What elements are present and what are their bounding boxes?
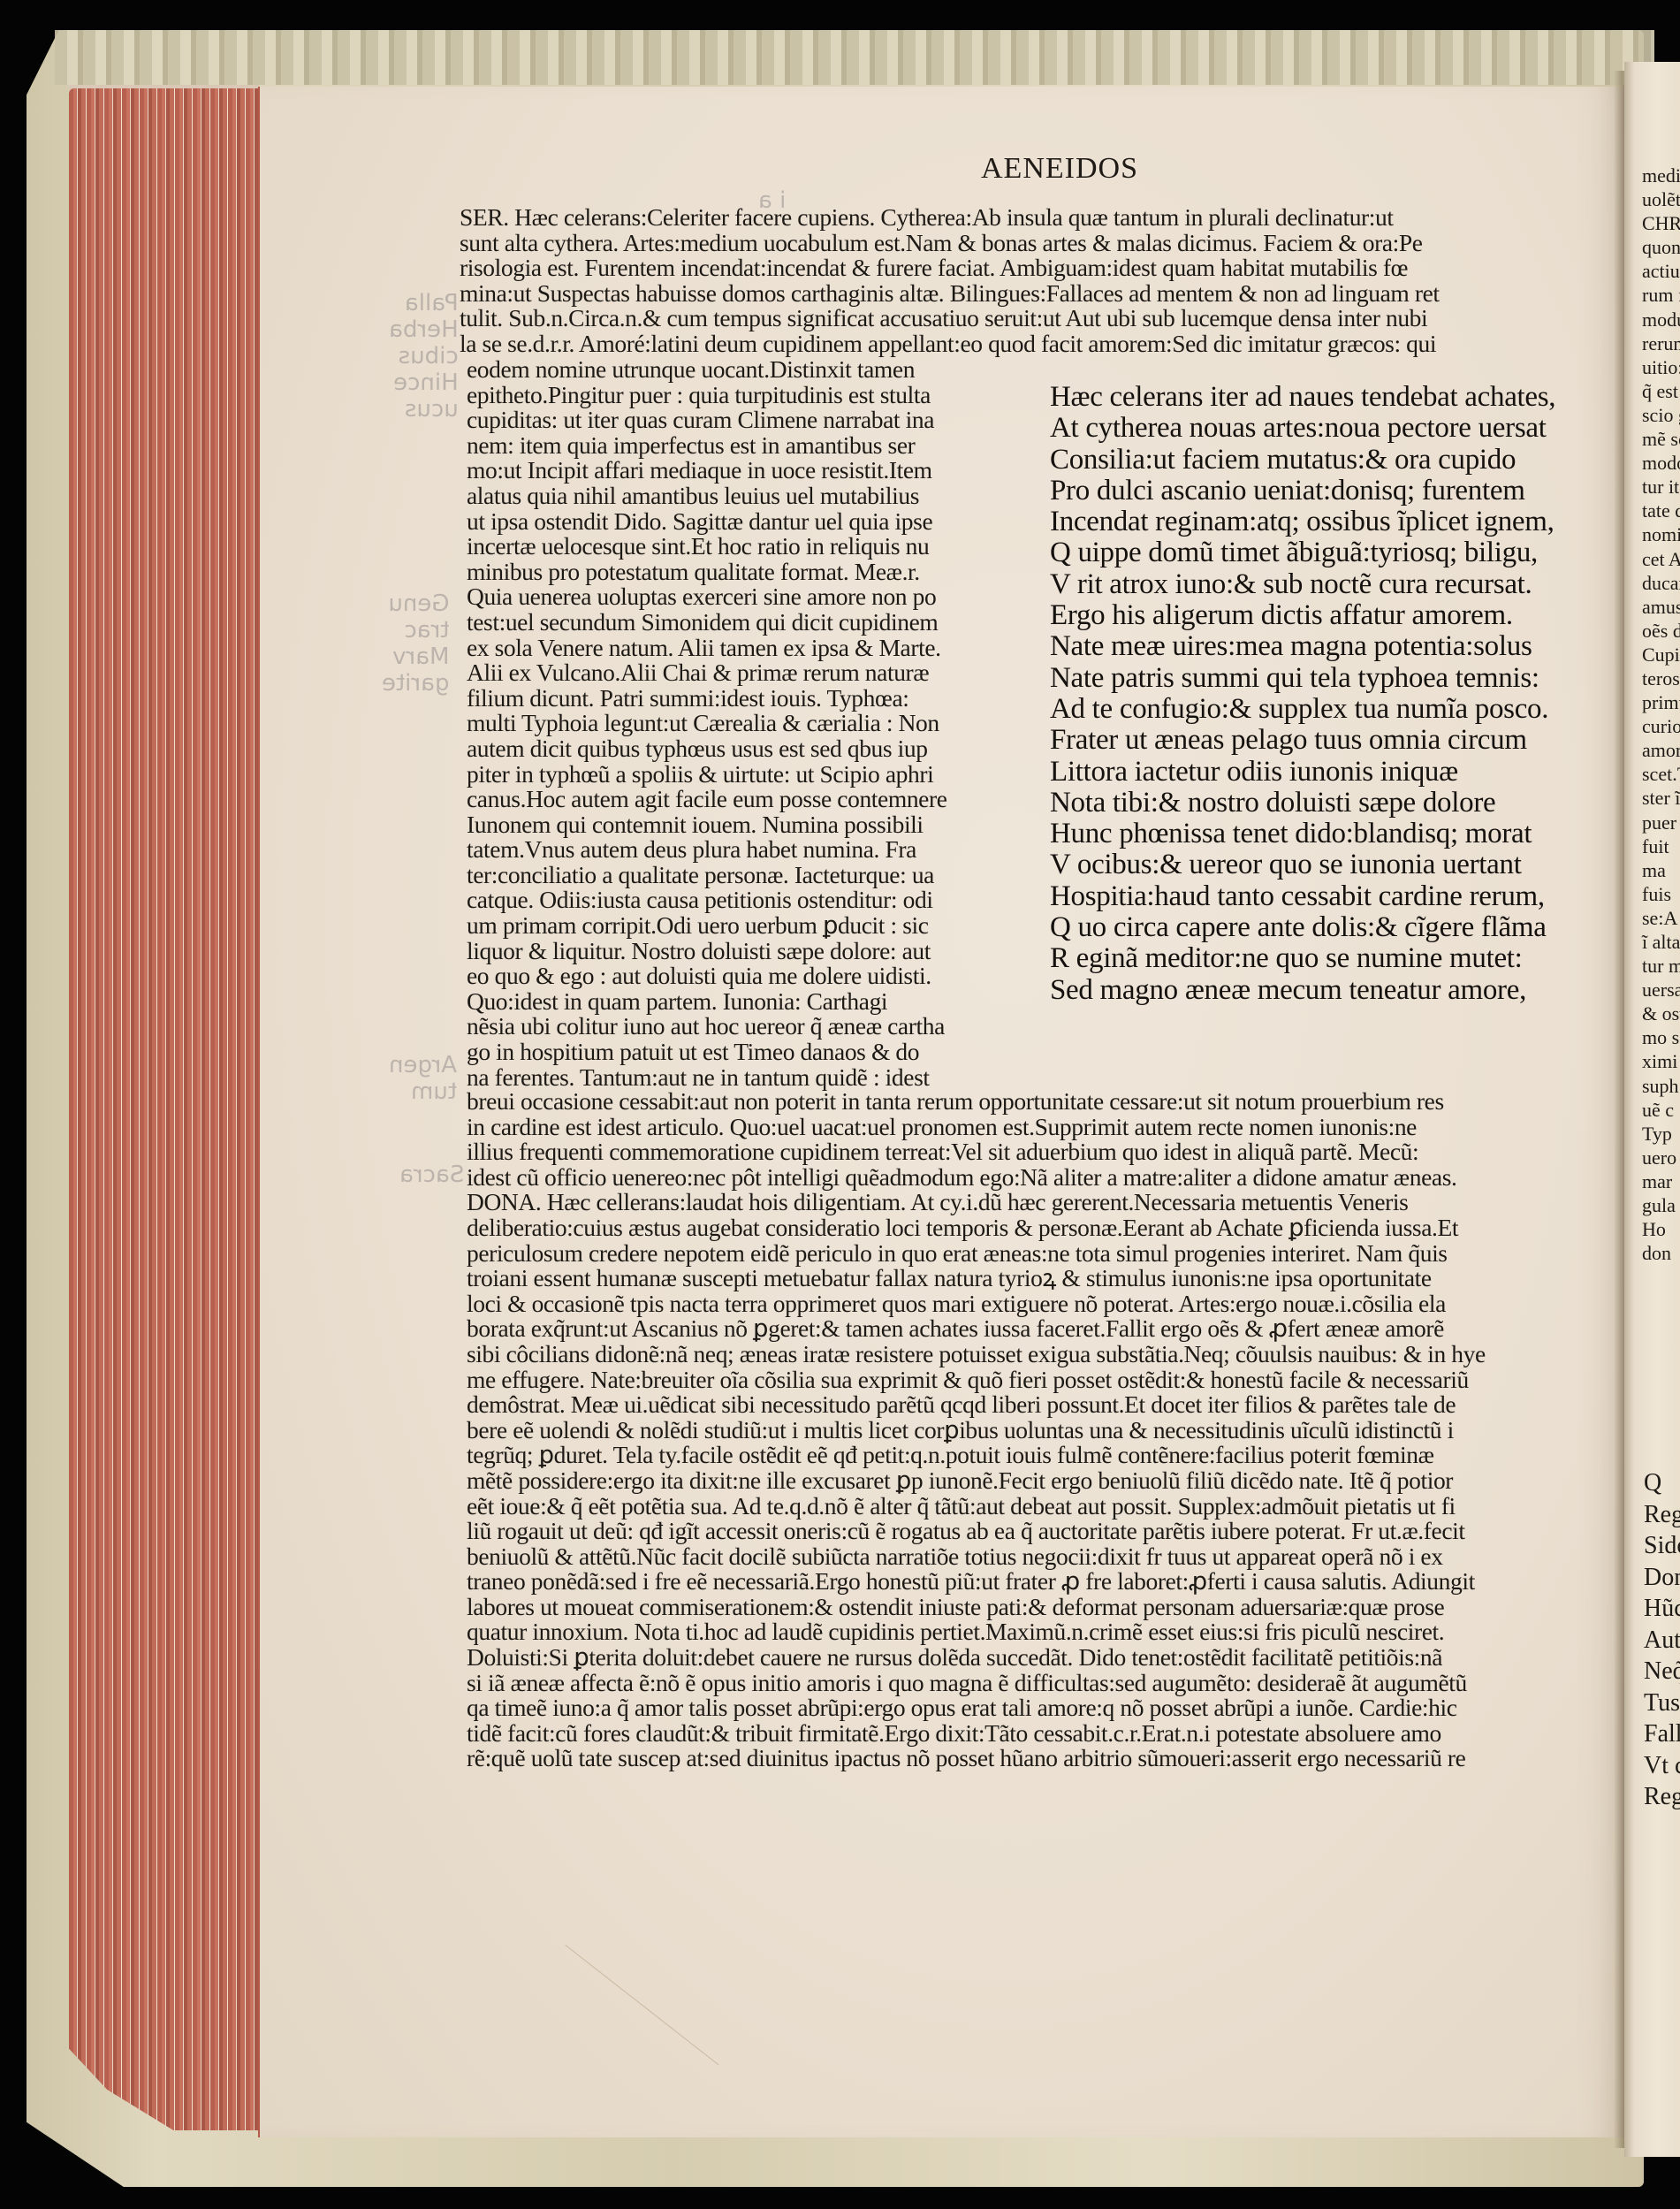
binding-headcap xyxy=(55,30,1654,85)
commentary-line: na ferentes. Tantum:aut ne in tantum qui… xyxy=(467,1065,947,1091)
fragment-line: oẽs do xyxy=(1642,619,1680,643)
commentary-line: illius frequenti commemoratione cupidine… xyxy=(467,1139,1486,1165)
commentary-bottom: breui occasione cessabit:aut non poterit… xyxy=(467,1089,1486,1771)
verse-line: Q uippe domũ timet ãbiguã:tyriosq; bilig… xyxy=(1050,537,1555,568)
commentary-line: multi Typhoia legunt:ut Cærealia & cæria… xyxy=(467,711,947,736)
verse-text-block: Hæc celerans iter ad naues tendebat acha… xyxy=(1050,382,1555,1006)
verse-line: Consilia:ut faciem mutatus:& ora cupido xyxy=(1050,445,1555,476)
fragment-line: modu xyxy=(1642,308,1680,331)
commentary-line: mẽtẽ possidere:ergo ita dixit:ne ille ex… xyxy=(467,1468,1486,1494)
commentary-line: cupiditas: ut iter quas curam Climene na… xyxy=(467,408,947,433)
commentary-line: eẽt ioue:& q̃ eẽt potẽtia sua. Ad te.q.d… xyxy=(467,1494,1486,1520)
fragment-line: amus. xyxy=(1642,595,1680,619)
commentary-line: bere eẽ uolendi & nolẽdi studiũ:ut i mul… xyxy=(467,1418,1486,1443)
fragment-line: nomi xyxy=(1642,522,1680,546)
fragment-line: ĩ alta xyxy=(1642,930,1680,954)
commentary-line: mina:ut Suspectas habuisse domos carthag… xyxy=(460,281,1440,307)
commentary-line: breui occasione cessabit:aut non poterit… xyxy=(467,1089,1486,1115)
commentary-line: ex sola Venere natum. Alii tamen ex ipsa… xyxy=(467,636,947,661)
verse-line: R eginã meditor:ne quo se numine mutet: xyxy=(1050,943,1555,974)
commentary-line: nem: item quia imperfectus est in amanti… xyxy=(467,433,947,459)
right-page-verse-fragments: QRegSidoDonaHũcAut siNeq̃TusaFalleVt cuR… xyxy=(1644,1467,1680,1813)
fragment-line: mediũ c xyxy=(1642,164,1680,187)
commentary-line: liquor & liquitur. Nostro doluisti sæpe … xyxy=(467,939,947,964)
verse-line: V rit atrox iuno:& sub noctẽ cura recurs… xyxy=(1050,569,1555,600)
commentary-line: nẽsia ubi colitur iuno aut hoc uereor q̃… xyxy=(467,1014,947,1040)
fragment-line: Typ xyxy=(1642,1122,1680,1146)
commentary-line: Quia uenerea uoluptas exerceri sine amor… xyxy=(467,584,947,610)
commentary-line: risologia est. Furentem incendat:incenda… xyxy=(460,255,1440,281)
fragment-line: scio g xyxy=(1642,403,1680,427)
verse-line: Nate patris summi qui tela typhoea temni… xyxy=(1050,663,1555,694)
fragment-line: don xyxy=(1642,1241,1680,1265)
fragment-line: actiua u xyxy=(1642,259,1680,283)
right-page-commentary-fragments: mediũ cuolẽtiaCHRquondaactiua urum facmo… xyxy=(1642,164,1680,1265)
showthrough-block-2: GenutracMarvgarite xyxy=(382,590,450,697)
commentary-line: minibus pro potestatum qualitate format.… xyxy=(467,560,947,585)
commentary-line: borata exq̃runt:ut Ascanius nõ ꝑgeret:& … xyxy=(467,1316,1486,1342)
commentary-line: eo quo & ego : aut doluisti quia me dole… xyxy=(467,964,947,989)
commentary-line: tulit. Sub.n.Circa.n.& cum tempus signif… xyxy=(460,306,1440,331)
commentary-line: DONA. Hæc cellerans:laudat hois diligent… xyxy=(467,1190,1486,1215)
fragment-line: rum fac xyxy=(1642,283,1680,307)
commentary-line: incertæ uelocesque sint.Et hoc ratio in … xyxy=(467,534,947,560)
commentary-line: troiani essent humanæ suscepti metuebatu… xyxy=(467,1266,1486,1291)
fragment-line: mẽ so xyxy=(1642,427,1680,451)
commentary-line: filium dicunt. Patri summi:idest iouis. … xyxy=(467,686,947,712)
fragment-line: Cupid xyxy=(1642,643,1680,667)
commentary-line: catque. Odiis:iusta causa petitionis ost… xyxy=(467,887,947,913)
commentary-line: um primam corripit.Odi uero uerbum ꝑduci… xyxy=(467,913,947,939)
fragment-line: Ho xyxy=(1642,1217,1680,1241)
fragment-line: Neq̃ xyxy=(1644,1656,1680,1687)
verse-line: Frater ut æneas pelago tuus omnia circum xyxy=(1050,725,1555,756)
commentary-line: go in hospitium patuit ut est Timeo dana… xyxy=(467,1040,947,1065)
commentary-line: piter in typhœũ a spoliis & uirtute: ut … xyxy=(467,762,947,788)
commentary-line: sunt alta cythera. Artes:medium uocabulu… xyxy=(460,231,1440,256)
verse-line: Ergo his aligerum dictis affatur amorem. xyxy=(1050,600,1555,631)
commentary-line: Iunonem qui contemnit iouem. Numina poss… xyxy=(467,812,947,838)
commentary-line: in cardine est idest articulo. Quo:uel u… xyxy=(467,1115,1486,1140)
verse-line: Hunc phœnissa tenet dido:blandisq; morat xyxy=(1050,819,1555,849)
fragment-line: ma xyxy=(1642,858,1680,882)
commentary-line: si iã æneæ affecta ẽ:nõ ẽ opus initio am… xyxy=(467,1671,1486,1696)
fragment-line: modo xyxy=(1642,451,1680,475)
commentary-line: Quo:idest in quam partem. Iunonia: Carth… xyxy=(467,989,947,1015)
commentary-line: tegrũq; ꝑduret. Tela ty.facile ostẽdit e… xyxy=(467,1443,1486,1468)
commentary-line: la se se.d.r.r. Amoré:latini deum cupidi… xyxy=(460,331,1440,357)
commentary-line: tatem.Vnus autem deus plura habet numina… xyxy=(467,837,947,863)
fragment-line: tur ita xyxy=(1642,475,1680,499)
fragment-line: puer xyxy=(1642,811,1680,834)
commentary-line: traneo ponẽdã:sed i fre eẽ necessariã.Er… xyxy=(467,1569,1486,1595)
fragment-line: mar xyxy=(1642,1169,1680,1193)
commentary-line: beniuolũ & attẽtũ.Nũc facit docilẽ subiũ… xyxy=(467,1544,1486,1570)
fragment-line: fuis xyxy=(1642,882,1680,906)
verse-line: At cytherea nouas artes:noua pectore uer… xyxy=(1050,413,1555,444)
verse-line: V ocibus:& uereor quo se iunonia uertant xyxy=(1050,849,1555,880)
fragment-line: Rega xyxy=(1644,1781,1680,1813)
fragment-line: Sido xyxy=(1644,1530,1680,1562)
commentary-line: qa timeẽ iuno:a q̃ amor talis posset abr… xyxy=(467,1695,1486,1721)
commentary-line: canus.Hoc autem agit facile eum posse co… xyxy=(467,787,947,812)
fragment-line: q̃ est ꝑ xyxy=(1642,379,1680,403)
verse-line: Nate meæ uires:mea magna potentia:solus xyxy=(1050,631,1555,662)
verse-line: Littora iactetur odiis iunonis iniquæ xyxy=(1050,757,1555,788)
fragment-line: Reg xyxy=(1644,1499,1680,1531)
fragment-line: teros n xyxy=(1642,667,1680,690)
red-sprinkled-fore-edge xyxy=(69,88,259,2130)
commentary-line: epitheto.Pingitur puer : quia turpitudin… xyxy=(467,383,947,408)
commentary-line: quatur innoxium. Nota ti.hoc ad laudẽ cu… xyxy=(467,1619,1486,1645)
verse-line: Nota tibi:& nostro doluisti sæpe dolore xyxy=(1050,788,1555,819)
commentary-line: alatus quia nihil amantibus leuius uel m… xyxy=(467,484,947,509)
fragment-line: Vt cu xyxy=(1644,1750,1680,1782)
fragment-line: uolẽtia xyxy=(1642,187,1680,211)
running-head: AENEIDOS xyxy=(981,152,1138,186)
fragment-line: fuit xyxy=(1642,834,1680,858)
fragment-line: curio. xyxy=(1642,714,1680,738)
commentary-line: ter:conciliatio a qualitate personæ. Iac… xyxy=(467,863,947,888)
commentary-line: eodem nomine utrunque uocant.Distinxit t… xyxy=(467,357,947,383)
fragment-line: quonda xyxy=(1642,235,1680,259)
commentary-line: deliberatio:cuius æstus augebat consider… xyxy=(467,1215,1486,1241)
fragment-line: CHR xyxy=(1642,211,1680,235)
fragment-line: Dona xyxy=(1644,1562,1680,1594)
verse-line: Pro dulci ascanio ueniat:donisq; furente… xyxy=(1050,476,1555,507)
commentary-line: rẽ:quẽ uolũ tate suscep at:sed diuinitus… xyxy=(467,1746,1486,1771)
fragment-line: Falle xyxy=(1644,1718,1680,1750)
commentary-line: idest cũ officio uenereo:nec pôt intelli… xyxy=(467,1165,1486,1191)
fragment-line: tur m xyxy=(1642,954,1680,978)
commentary-line: demôstrat. Meæ ui.uẽdicat sibi necessitu… xyxy=(467,1392,1486,1418)
verse-line: Sed magno æneæ mecum teneatur amore, xyxy=(1050,975,1555,1006)
fragment-line: cet Ar xyxy=(1642,547,1680,571)
fragment-line: uitio: xyxy=(1642,355,1680,379)
fragment-line: Hũc xyxy=(1644,1593,1680,1625)
commentary-line: test:uel secundum Simonidem qui dicit cu… xyxy=(467,610,947,636)
commentary-line: me effugere. Nate:breuiter oĩa cõsilia s… xyxy=(467,1367,1486,1393)
commentary-line: SER. Hæc celerans:Celeriter facere cupie… xyxy=(460,205,1440,231)
fragment-line: scet.T xyxy=(1642,762,1680,786)
verse-line: Hæc celerans iter ad naues tendebat acha… xyxy=(1050,382,1555,413)
fragment-line: uero xyxy=(1642,1146,1680,1169)
fragment-line: ximi xyxy=(1642,1049,1680,1073)
verse-line: Q uo circa capere ante dolis:& cĩgere fl… xyxy=(1050,912,1555,943)
verse-line: Incendat reginam:atq; ossibus ĩplicet ig… xyxy=(1050,507,1555,537)
fragment-line: mo s xyxy=(1642,1025,1680,1049)
commentary-line: labores ut moueat commiserationem:& oste… xyxy=(467,1595,1486,1620)
commentary-line: loci & occasionẽ tpis nacta terra opprim… xyxy=(467,1291,1486,1317)
fragment-line: primũ xyxy=(1642,690,1680,714)
showthrough-block-4: Sacra xyxy=(399,1162,464,1188)
commentary-line: Alii ex Vulcano.Alii Chai & primæ rerum … xyxy=(467,660,947,686)
commentary-line: ut ipsa ostendit Dido. Sagittæ dantur ue… xyxy=(467,509,947,535)
fragment-line: Tusa xyxy=(1644,1687,1680,1719)
fragment-line: ducan xyxy=(1642,571,1680,595)
fragment-line: amor xyxy=(1642,738,1680,762)
fragment-line: Aut si xyxy=(1644,1625,1680,1657)
commentary-left-column: eodem nomine utrunque uocant.Distinxit t… xyxy=(467,357,947,1090)
commentary-top: SER. Hæc celerans:Celeriter facere cupie… xyxy=(460,205,1440,357)
fragment-line: se:A xyxy=(1642,906,1680,930)
fragment-line: gula xyxy=(1642,1193,1680,1217)
fragment-line: uẽ c xyxy=(1642,1098,1680,1122)
verse-line: Ad te confugio:& supplex tua numĩa posco… xyxy=(1050,694,1555,725)
commentary-line: periculosum credere nepotem eidẽ pericul… xyxy=(467,1241,1486,1267)
verse-line: Hospitia:haud tanto cessabit cardine rer… xyxy=(1050,881,1555,912)
fragment-line: uersa xyxy=(1642,978,1680,1002)
fragment-line: Q xyxy=(1644,1467,1680,1499)
showthrough-block-1: PallaHerbacibusHinceucus xyxy=(389,290,459,423)
commentary-line: Doluisti:Si ꝑterita doluit:debet cauere … xyxy=(467,1645,1486,1671)
fragment-line: suph xyxy=(1642,1074,1680,1098)
fragment-line: tate d xyxy=(1642,499,1680,522)
commentary-line: autem dicit quibus typhœus usus est sed … xyxy=(467,736,947,762)
fragment-line: ster ĩ xyxy=(1642,786,1680,810)
fragment-line: rerum xyxy=(1642,331,1680,355)
commentary-line: mo:ut Incipit affari mediaque in uoce re… xyxy=(467,458,947,484)
commentary-line: tidẽ facit:cũ fores claudũt:& tribuit fi… xyxy=(467,1721,1486,1747)
fragment-line: & ost xyxy=(1642,1002,1680,1025)
showthrough-block-3: Argentum xyxy=(389,1052,457,1105)
commentary-line: sibi côcilians didonẽ:nã neq; æneas irat… xyxy=(467,1342,1486,1367)
commentary-line: liũ rogauit ut deũ: qđ igĩt accessit one… xyxy=(467,1519,1486,1544)
